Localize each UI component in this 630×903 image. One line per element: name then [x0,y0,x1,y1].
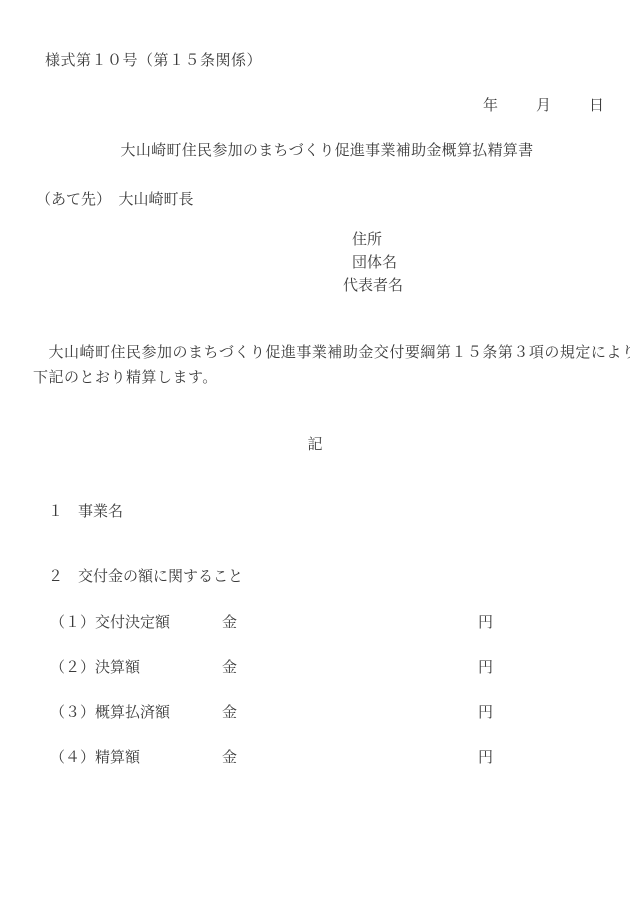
section-grant-amount: ２ 交付金の額に関すること [48,565,243,586]
body-line-2: 下記のとおり精算します。 [33,366,630,391]
section-project-name: １ 事業名 [48,500,123,521]
section-number: １ [48,500,78,521]
amount-row-settlement: （２）決算額 金 円 [0,656,630,678]
addressee: （あて先） 大山崎町長 [36,188,194,209]
amount-row-label: （３）概算払済額 [50,701,170,722]
amount-row-label: （１）交付決定額 [50,611,170,632]
address-label: 住所 [343,229,403,252]
date-day-label: 日 [589,94,604,115]
currency-prefix-label: 金 [222,656,237,677]
representative-name-label: 代表者名 [343,275,403,298]
date-year-label: 年 [483,94,498,115]
currency-suffix-label: 円 [478,611,493,632]
document-page: 様式第１０号（第１５条関係） 年 月 日 大山崎町住民参加のまちづくり促進事業補… [0,0,630,903]
currency-suffix-label: 円 [478,701,493,722]
section-title: 交付金の額に関すること [78,565,243,586]
date-month-label: 月 [536,94,551,115]
currency-prefix-label: 金 [222,611,237,632]
amount-row-provisional-paid: （３）概算払済額 金 円 [0,701,630,723]
section-number: ２ [48,565,78,586]
currency-prefix-label: 金 [222,746,237,767]
currency-prefix-label: 金 [222,701,237,722]
organization-name-label: 団体名 [343,252,403,275]
amount-row-label: （４）精算額 [50,746,140,767]
section-title: 事業名 [78,500,123,521]
body-paragraph: 大山崎町住民参加のまちづくり促進事業補助金交付要綱第１５条第３項の規定により、 … [33,341,630,391]
currency-suffix-label: 円 [478,656,493,677]
document-title: 大山崎町住民参加のまちづくり促進事業補助金概算払精算書 [0,139,630,160]
form-number: 様式第１０号（第１５条関係） [45,49,262,70]
currency-suffix-label: 円 [478,746,493,767]
body-line-1: 大山崎町住民参加のまちづくり促進事業補助金交付要綱第１５条第３項の規定により、 [33,341,630,366]
amount-row-adjustment: （４）精算額 金 円 [0,746,630,768]
amount-row-label: （２）決算額 [50,656,140,677]
record-heading: 記 [0,433,630,454]
applicant-block: 住所 団体名 代表者名 [343,229,403,298]
date-line: 年 月 日 [483,94,604,115]
amount-row-grant-decision: （１）交付決定額 金 円 [0,611,630,633]
